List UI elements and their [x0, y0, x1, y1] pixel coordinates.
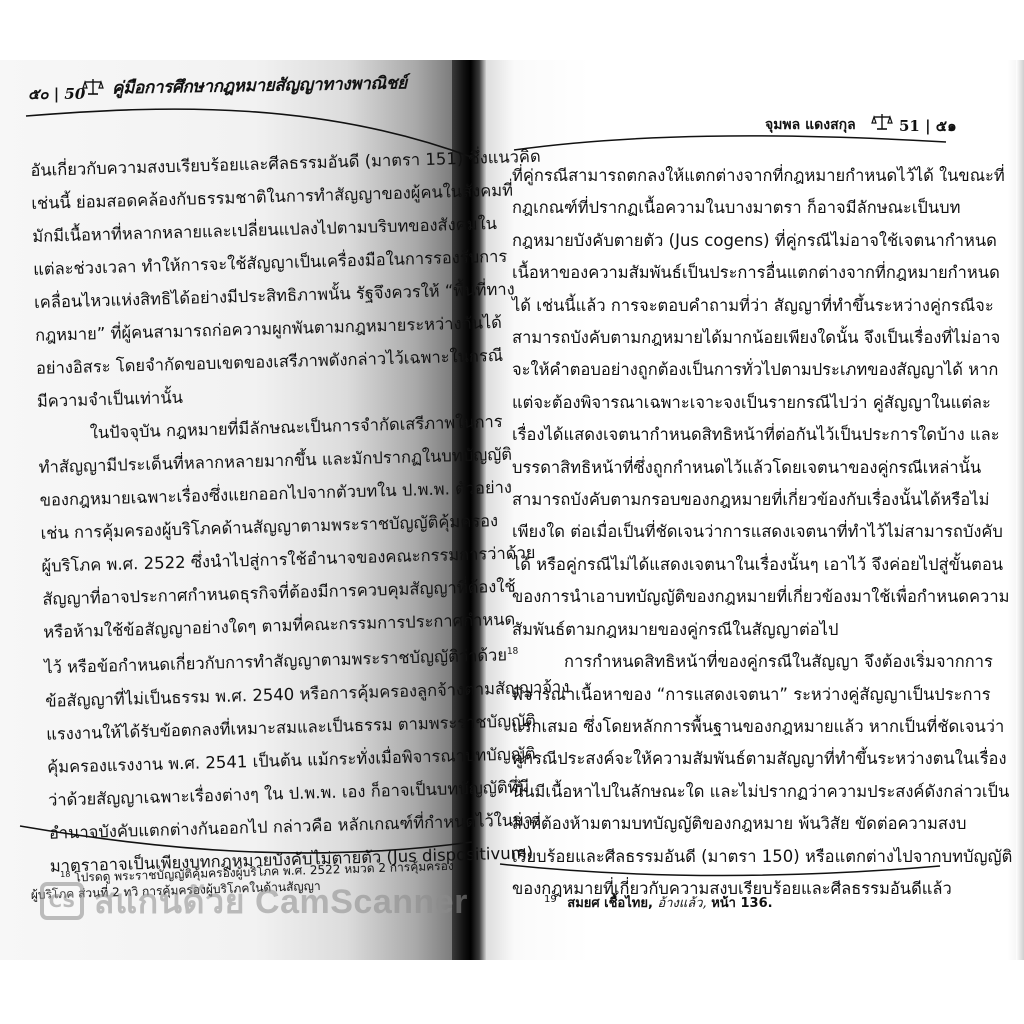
text-line: สามารถบังคับตามกรอบของกฎหมายที่เกี่ยวข้อ… [512, 484, 944, 516]
text-line: เรื่องได้แสดงเจตนากำหนดสิทธิหน้าที่ต่อกั… [512, 419, 944, 451]
watermark-text: สแกนด้วย CamScanner [94, 874, 468, 928]
text-line: สามารถบังคับตามกฎหมายได้มากน้อยเพียงใดนั… [512, 322, 944, 354]
text-line: กฎหมายบังคับตายตัว (Jus cogens) ที่คู่กร… [512, 225, 944, 257]
footnote-rule [498, 862, 943, 882]
text-fragment: ได้ เช่นนี้แล้ว การจะตอบคำถามที่ว่า สัญญ… [512, 296, 994, 315]
text-line-with-footnote: ได้ เช่นนี้แล้ว การจะตอบคำถามที่ว่า สัญญ… [512, 290, 944, 322]
footnote-page: หน้า 136. [711, 896, 772, 911]
text-line: ของการนำเอาบทบัญญัติของกฎหมายที่เกี่ยวข้… [512, 581, 944, 613]
footnote-cited: อ้างแล้ว, [657, 896, 706, 911]
text-line: คู่กรณีประสงค์จะให้ความสัมพันธ์ตามสัญญาท… [512, 743, 944, 775]
text-fragment: ไว้ หรือข้อกำหนดเกี่ยวกับการทำสัญญาตามพร… [44, 645, 507, 677]
right-footnote: 19 สมยศ เชื้อไทย, อ้างแล้ว, หน้า 136. [544, 892, 773, 913]
right-body-text: ที่คู่กรณีสามารถตกลงให้แตกต่างจากที่กฎหม… [512, 160, 944, 905]
header-rule [510, 112, 950, 152]
text-line: ได้ หรือคู่กรณีไม่ได้แสดงเจตนาในเรื่องนั… [512, 549, 944, 581]
text-line: แต่จะต้องพิจารณาเฉพาะเจาะจงเป็นรายกรณีไป… [512, 387, 944, 419]
book-spread: ๕๐ | 50 คู่มือการศึกษากฎหมายสัญญาทางพาณิ… [0, 0, 1024, 1024]
scales-of-justice-icon [82, 78, 104, 96]
scan-background [0, 0, 1024, 62]
text-line: จะให้คำตอบอย่างถูกต้องเป็นการทั่วไปตามปร… [512, 354, 944, 386]
footnote-number: 19 [544, 894, 557, 905]
page-edge [1016, 60, 1024, 960]
text-line: เนื้อหาของความสัมพันธ์เป็นประการอื่นแตกต… [512, 257, 944, 289]
camscanner-logo-icon: CS [40, 882, 84, 920]
text-line: นั้นมีเนื้อหาไปในลักษณะใด และไม่ปรากฏว่า… [512, 776, 944, 808]
book-title: คู่มือการศึกษากฎหมายสัญญาทางพาณิชย์ [112, 69, 407, 101]
camscanner-watermark: CS สแกนด้วย CamScanner [40, 877, 468, 925]
text-line: ที่คู่กรณีสามารถตกลงให้แตกต่างจากที่กฎหม… [512, 160, 944, 192]
text-line: แรกเสมอ ซึ่งโดยหลักการพื้นฐานของกฎหมายแล… [512, 711, 944, 743]
left-body-text: อันเกี่ยวกับความสงบเรียบร้อยและศีลธรรมอั… [30, 141, 500, 882]
text-line: กฎเกณฑ์ที่ปรากฏเนื้อความในบางมาตรา ก็อาจ… [512, 192, 944, 224]
text-line: สัมพันธ์ตามกฎหมายของคู่กรณีในสัญญาต่อไป [512, 614, 944, 646]
text-line: เพียงใด ต่อเมื่อเป็นที่ชัดเจนว่าการแสดงเ… [512, 516, 944, 548]
text-line: สิ่งที่ต้องห้ามตามบทบัญญัติของกฎหมาย พ้น… [512, 808, 944, 840]
text-line: บรรดาสิทธิหน้าที่ซึ่งถูกกำหนดไว้แล้วโดยเ… [512, 452, 944, 484]
text-line: พิจารณาเนื้อหาของ “การแสดงเจตนา” ระหว่าง… [512, 679, 944, 711]
paragraph-start: การกำหนดสิทธิหน้าที่ของคู่กรณีในสัญญา จึ… [512, 646, 944, 678]
footnote-author: สมยศ เชื้อไทย, [567, 896, 653, 911]
